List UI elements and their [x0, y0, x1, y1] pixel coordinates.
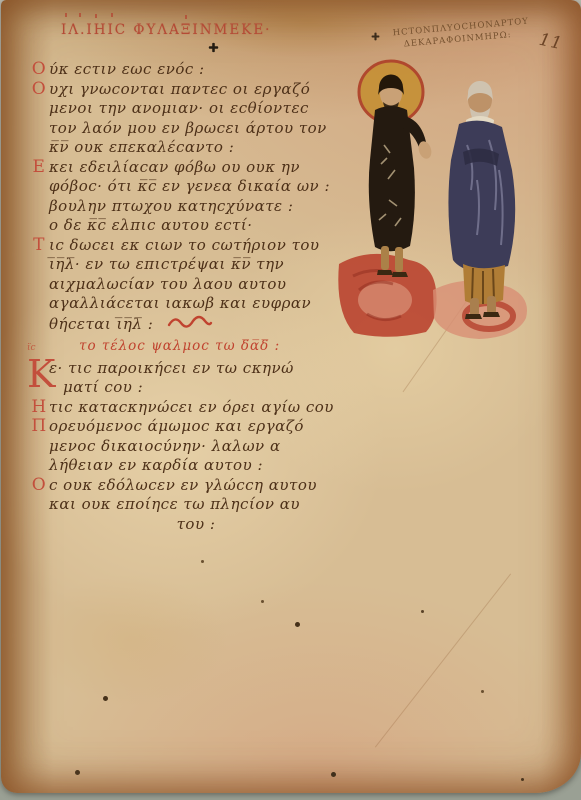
ink-specks	[1, 0, 4, 3]
trimmed-text-fragment	[65, 13, 67, 17]
line-text: του :	[177, 515, 216, 533]
psalm-text-line: Τιϲ δωϲει εκ ϲιων το ϲωτήριον του	[31, 236, 361, 256]
line-text: ε· τιϲ παροικήϲει εν τω ϲκηνώ	[49, 359, 294, 377]
line-text: βουλην πτωχου κατηϲχύνατε :	[49, 197, 293, 215]
line-text: λήθειαν εν καρδία αυτου :	[49, 456, 263, 474]
line-text: κ̅ν̅ ουκ επεκαλέϲαντο :	[49, 138, 234, 156]
psalm-text-line: αγαλλιάϲεται ιακωβ και ευφραν	[31, 294, 361, 314]
psalm-text-line: Εκει εδειλίαϲαν φόβω ου ουκ ην	[31, 158, 361, 178]
red-initial-letter: Ε	[31, 158, 47, 178]
psalm-text-line: Ητιϲ καταϲκηνώϲει εν όρει αγίω ϲου	[31, 398, 361, 418]
parchment-stain	[21, 560, 261, 720]
line-text: ματί ϲου :	[63, 378, 143, 396]
line-text: τιϲ καταϲκηνώϲει εν όρει αγίω ϲου	[49, 398, 334, 416]
parchment-page: ΙΛ.ΙΗΙϹ ΦΥΛΑΞΙΝΜΕΚΕ· ΗϹΤΟΝΠΛΥΟϹΗΟΝΑΡΤΟΥ …	[1, 0, 581, 793]
line-text: αιχμαλωϲίαν του λαου αυτου	[49, 275, 286, 293]
psalm-text-line: Οϲ ουκ εδόλωϲεν εν γλώϲϲη αυτου	[31, 476, 361, 496]
psalm-text-line: λήθειαν εν καρδία αυτου :	[31, 456, 361, 476]
prophets-miniature	[329, 50, 565, 342]
psalm-text-line: και ουκ εποίηϲε τω πληϲίον αυ	[31, 495, 361, 515]
line-text: ο δε κ̅ϲ̅ ελπιϲ αυτου εϲτί·	[49, 216, 252, 234]
parchment-crease	[375, 574, 511, 748]
psalm-text-line: βουλην πτωχου κατηϲχύνατε :	[31, 197, 361, 217]
psalm-text-line: θήϲεται ι̅η̅λ̅ :	[31, 314, 361, 336]
line-text: κει εδειλίαϲαν φόβω ου ουκ ην	[49, 158, 300, 176]
line-text: ύκ εϲτιν εωϲ ενόϲ :	[49, 60, 205, 78]
line-text: μενοϲ δικαιοϲύνην· λαλων α	[49, 437, 281, 455]
psalm-text-line: μενοι την ανομιαν· οι εϲθίοντεϲ	[31, 99, 361, 119]
prophet-right-leg	[487, 296, 496, 314]
cross-icon	[209, 43, 218, 52]
psalm-text-line: Κε· τιϲ παροικήϲει εν τω ϲκηνώ	[31, 359, 361, 379]
prophet-left-leg	[395, 247, 403, 272]
red-flourish-icon	[167, 314, 213, 336]
psalm-text-line: Ούκ εϲτιν εωϲ ενόϲ :	[31, 60, 361, 80]
psalm-text-line: φόβοϲ· ότι κ̅ϲ̅ εν γενεα δικαία ων :	[31, 177, 361, 197]
line-text: ι̅η̅λ̅· εν τω επιϲτρέψαι κ̅ν̅ την	[49, 255, 284, 273]
psalm-text-line: μενοϲ δικαιοϲύνην· λαλων α	[31, 437, 361, 457]
line-text: υχι γνωϲονται παντεϲ οι εργαζό	[49, 80, 310, 98]
psalm-text-line: Πορευόμενοϲ άμωμοϲ και εργαζό	[31, 417, 361, 437]
psalm-text-line: ο δε κ̅ϲ̅ ελπιϲ αυτου εϲτί·	[31, 216, 361, 236]
red-initial-letter: Η	[31, 398, 47, 418]
red-initial-letter: Ο	[31, 476, 47, 496]
psalm-text-line: ματί ϲου :	[31, 378, 361, 398]
cross-icon	[372, 33, 380, 41]
line-text: ιϲ δωϲει εκ ϲιων το ϲωτήριον του	[49, 236, 320, 254]
line-text: αγαλλιάϲεται ιακωβ και ευφραν	[49, 294, 311, 312]
line-text: θήϲεται ι̅η̅λ̅ :	[49, 314, 153, 332]
psalm-text-line: Ουχι γνωϲονται παντεϲ οι εργαζό	[31, 80, 361, 100]
psalm-title-rubric: ΙΛ.ΙΗΙϹ ΦΥΛΑΞΙΝΜΕΚΕ·	[61, 22, 271, 38]
prophet-left-leg	[381, 246, 389, 270]
red-initial-letter: Τ	[31, 236, 47, 256]
psalm-text-line: αιχμαλωϲίαν του λαου αυτου	[31, 275, 361, 295]
line-text: και ουκ εποίηϲε τω πληϲίον αυ	[49, 495, 300, 513]
red-initial-letter: Ο	[31, 80, 47, 100]
text-block: Ούκ εϲτιν εωϲ ενόϲ :Ουχι γνωϲονται παντε…	[31, 60, 361, 534]
red-initial-letter: Π	[31, 417, 47, 437]
line-text: φόβοϲ· ότι κ̅ϲ̅ εν γενεα δικαία ων :	[49, 177, 330, 195]
psalm-rubric-line: ϊϲτο τέλοϲ ψαλμοϲ τω δ̅α̅δ̅ :	[31, 337, 361, 357]
line-text: τον λαόν μου εν βρωϲει άρτου τον	[49, 119, 327, 137]
psalm-text-line: του :	[31, 515, 361, 535]
psalm-text-line: ι̅η̅λ̅· εν τω επιϲτρέψαι κ̅ν̅ την	[31, 255, 361, 275]
line-text: το τέλοϲ ψαλμοϲ τω δ̅α̅δ̅ :	[79, 338, 280, 354]
line-text: ορευόμενοϲ άμωμοϲ και εργαζό	[49, 417, 304, 435]
line-text: μενοι την ανομιαν· οι εϲθίοντεϲ	[49, 99, 309, 117]
red-initial-letter: Ο	[31, 60, 47, 80]
prophet-right-leg	[470, 298, 479, 316]
prophet-right-mantle	[448, 121, 515, 273]
psalm-text-line: κ̅ν̅ ουκ επεκαλέϲαντο :	[31, 138, 361, 158]
psalm-text-line: τον λαόν μου εν βρωϲει άρτου τον	[31, 119, 361, 139]
line-text: ϲ ουκ εδόλωϲεν εν γλώϲϲη αυτου	[49, 476, 317, 494]
